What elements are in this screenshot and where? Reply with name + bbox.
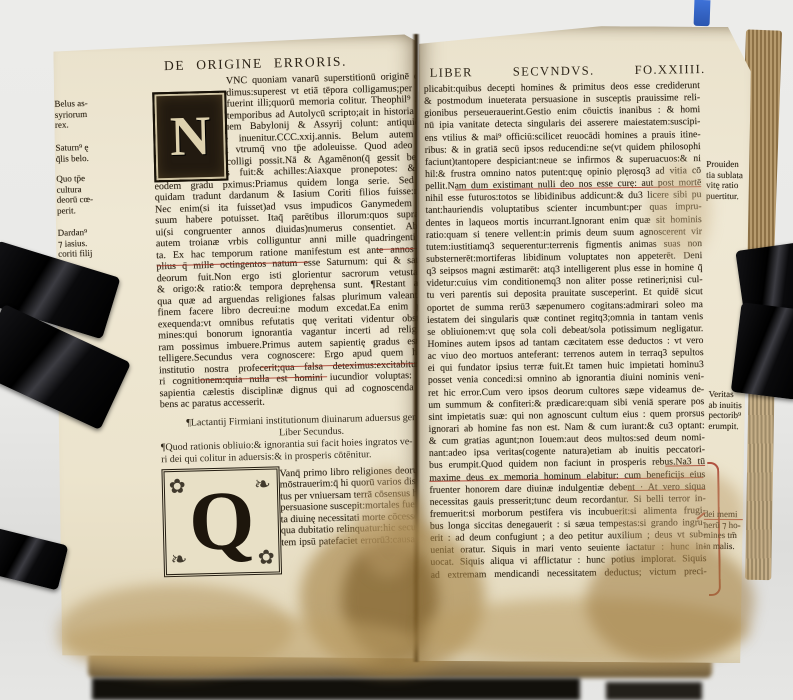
- text-line: coriti filij: [58, 247, 116, 259]
- binder-clip-right-lower: [731, 302, 793, 399]
- text-line: perit.: [57, 204, 115, 216]
- blue-tab: [694, 0, 711, 26]
- leaf-ornament-icon: ❧: [170, 546, 187, 571]
- text-line: q̄lis belo.: [56, 152, 114, 164]
- leaf-ornament-icon: ❧: [254, 471, 271, 496]
- margin-note-saturnus: Saturn⁹ ęq̄lis belo.: [55, 141, 113, 163]
- water-stain: [586, 540, 754, 664]
- margin-note-dardanus: Dardan⁹⁊ iasius.coriti filij: [58, 226, 117, 259]
- water-stain: [60, 616, 420, 668]
- flower-ornament-icon: ✿: [258, 544, 275, 569]
- book-shadow: [606, 682, 702, 700]
- folio-number: FO.XXIIII.: [635, 62, 706, 78]
- flower-ornament-icon: ✿: [169, 473, 186, 498]
- woodcut-initial-N: N: [152, 91, 228, 183]
- margin-note-belus: Belus as-syriorumrex.: [54, 97, 113, 130]
- water-stain: [648, 162, 710, 262]
- book-photo: DE ORIGINE ERRORIS. N VNC quoniam vanarū…: [0, 0, 793, 700]
- binder-clip-left-small: [0, 527, 68, 590]
- margin-note-cultura: Quo tp̄eculturadeorū cœ-perit.: [56, 172, 115, 215]
- book-shadow: [92, 678, 580, 700]
- water-stain: [612, 466, 744, 558]
- running-head-secundus: SECVNDVS.: [513, 64, 595, 80]
- water-stain: [356, 466, 420, 578]
- woodcut-initial-Q: ✿ ✿ ❧ ❧ Q: [161, 466, 282, 577]
- text-line: rex.: [55, 118, 113, 130]
- right-running-head: LIBER SECVNDVS. FO.XXIIII.: [424, 62, 712, 81]
- running-head-liber: LIBER: [430, 65, 473, 81]
